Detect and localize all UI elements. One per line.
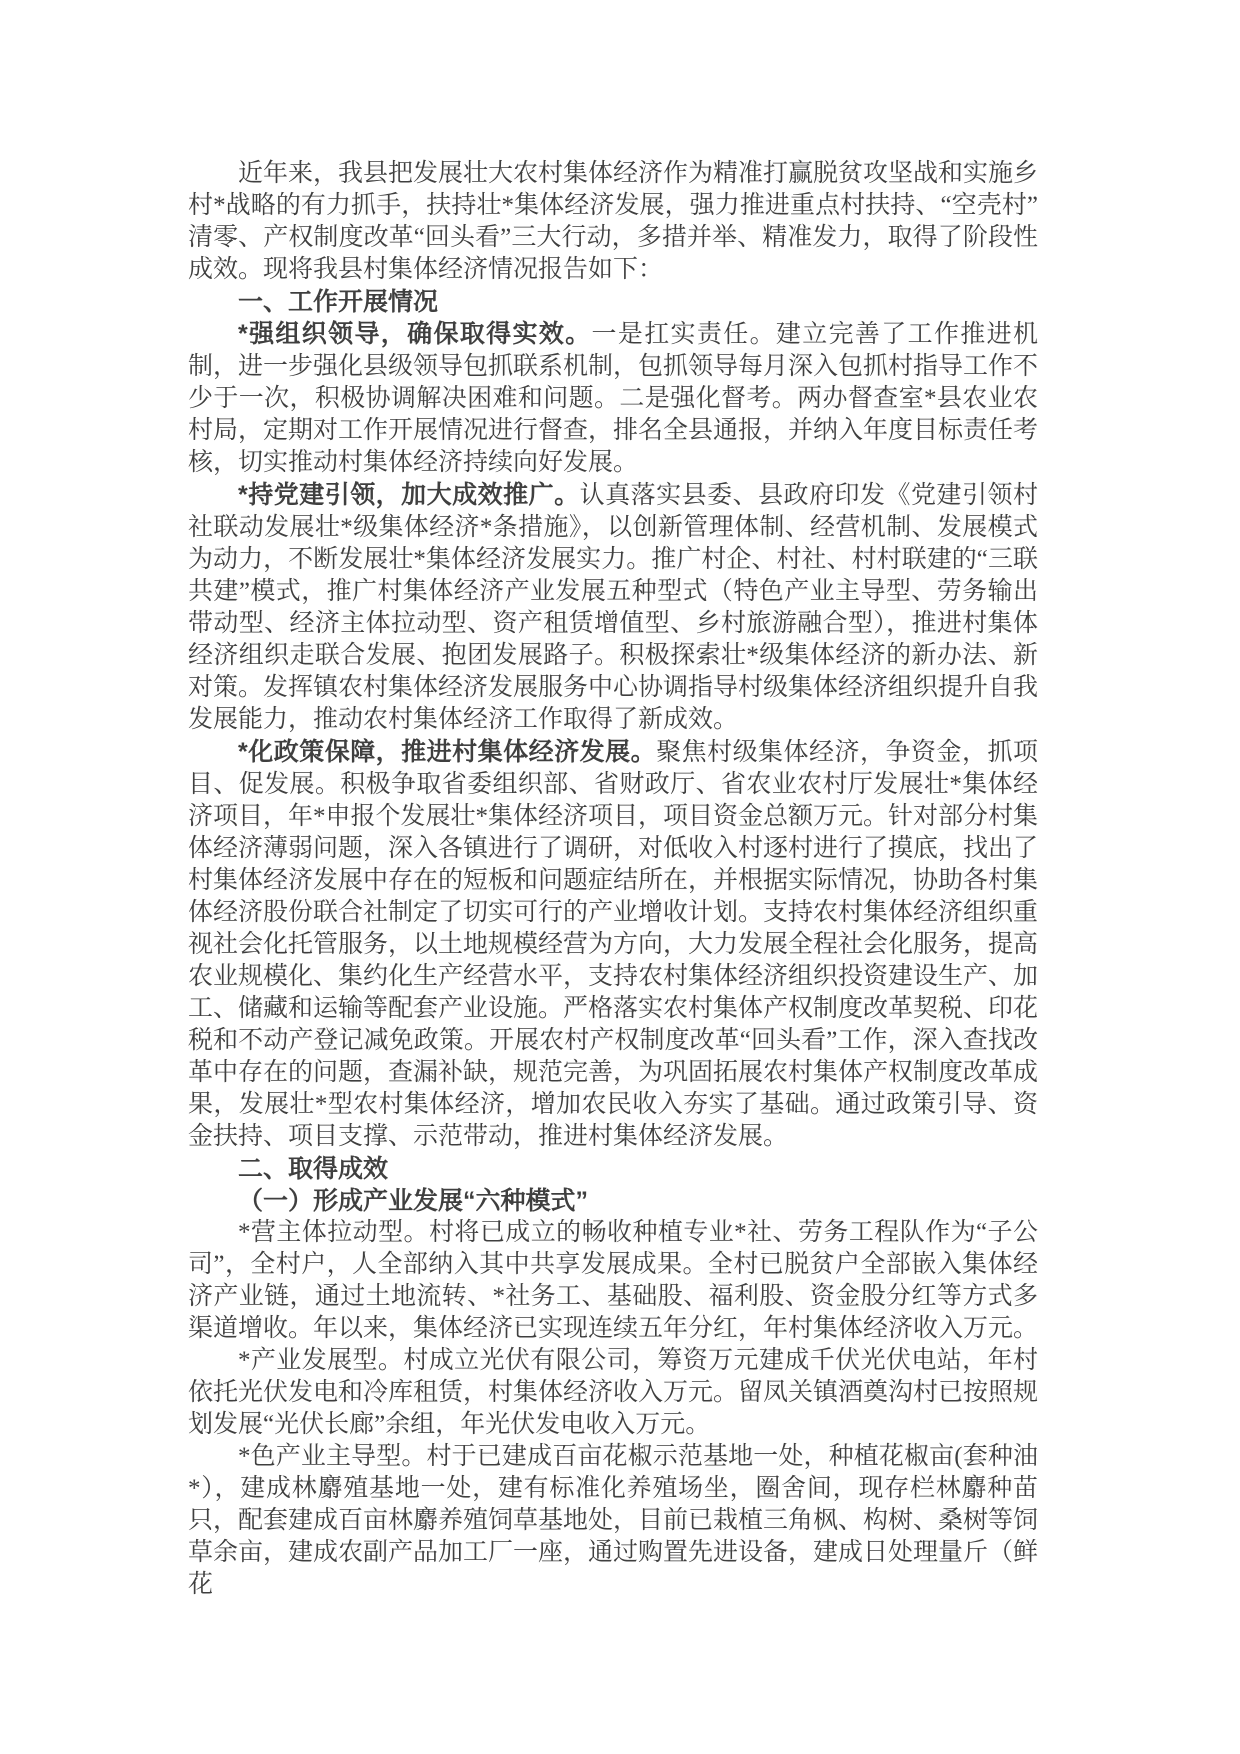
document-page: 近年来，我县把发展壮大农村集体经济作为精准打赢脱贫攻坚战和实施乡村*战略的有力抓…: [0, 0, 1240, 1754]
paragraph-lead: *持党建引领，加大成效推广。: [238, 481, 580, 509]
paragraph-text: 近年来，我县把发展壮大农村集体经济作为精准打赢脱贫攻坚战和实施乡村*战略的有力抓…: [188, 160, 1038, 283]
paragraph: *产业发展型。村成立光伏有限公司，筹资万元建成千伏光伏电站，年村依托光伏发电和冷…: [188, 1345, 1038, 1441]
paragraph-lead: *强组织领导，确保取得实效。: [238, 320, 592, 348]
paragraph-text: *色产业主导型。村于已建成百亩花椒示范基地一处，种植花椒亩(套种油*），建成林麝…: [188, 1443, 1038, 1598]
paragraph: *营主体拉动型。村将已成立的畅收种植专业*社、劳务工程队作为“子公司”，全村户，…: [188, 1217, 1038, 1345]
section-heading: 二、取得成效: [188, 1153, 1038, 1185]
heading-text: 一、工作开展情况: [238, 288, 438, 316]
paragraph-text: *营主体拉动型。村将已成立的畅收种植专业*社、劳务工程队作为“子公司”，全村户，…: [188, 1219, 1038, 1342]
heading-text: 二、取得成效: [238, 1155, 388, 1183]
paragraph-text: *产业发展型。村成立光伏有限公司，筹资万元建成千伏光伏电站，年村依托光伏发电和冷…: [188, 1347, 1038, 1438]
paragraph-text: 认真落实县委、县政府印发《党建引领村社联动发展壮*级集体经济*条措施》，以创新管…: [188, 482, 1038, 733]
paragraph: *强组织领导，确保取得实效。一是扛实责任。建立完善了工作推进机制，进一步强化县级…: [188, 318, 1038, 479]
paragraph-text: 聚焦村级集体经济，争资金，抓项目、促发展。积极争取省委组织部、省财政厅、省农业农…: [188, 739, 1038, 1150]
subsection-heading: （一）形成产业发展“六种模式”: [188, 1185, 1038, 1217]
paragraph: *化政策保障，推进村集体经济发展。聚焦村级集体经济，争资金，抓项目、促发展。积极…: [188, 736, 1038, 1153]
heading-text: （一）形成产业发展“六种模式”: [238, 1187, 588, 1215]
section-heading: 一、工作开展情况: [188, 286, 1038, 318]
paragraph: *持党建引领，加大成效推广。认真落实县委、县政府印发《党建引领村社联动发展壮*级…: [188, 479, 1038, 736]
paragraph: *色产业主导型。村于已建成百亩花椒示范基地一处，种植花椒亩(套种油*），建成林麝…: [188, 1441, 1038, 1601]
paragraph: 近年来，我县把发展壮大农村集体经济作为精准打赢脱贫攻坚战和实施乡村*战略的有力抓…: [188, 158, 1038, 286]
paragraph-lead: *化政策保障，推进村集体经济发展。: [238, 738, 656, 766]
